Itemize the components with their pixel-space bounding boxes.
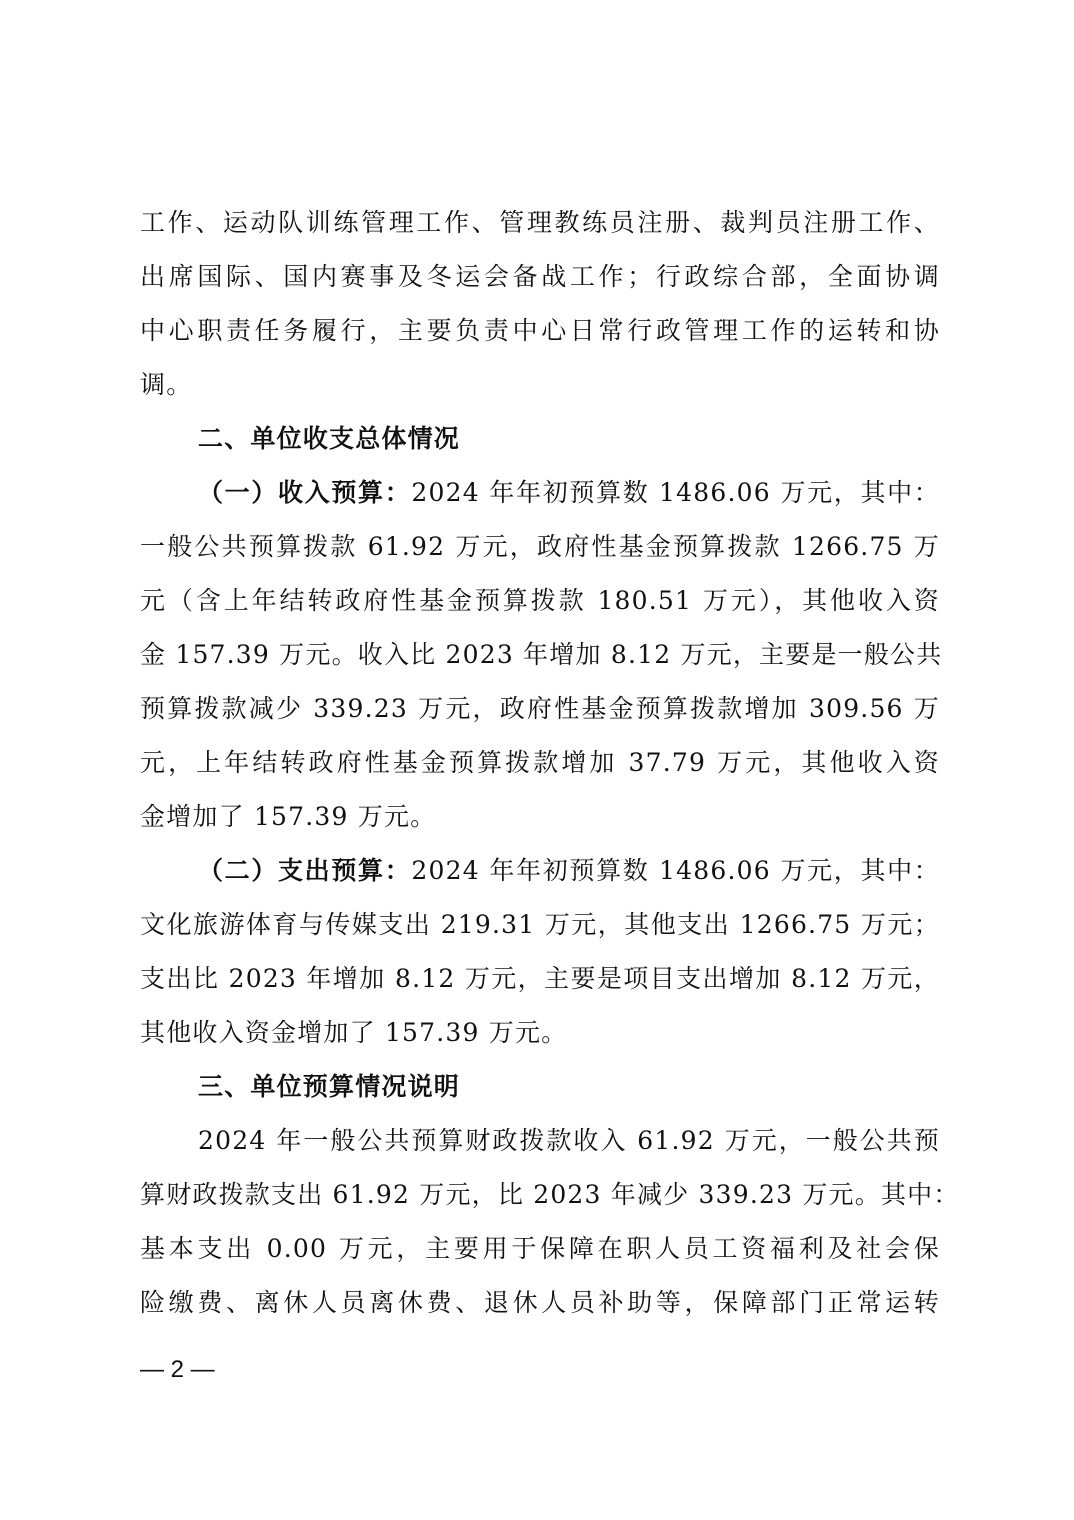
expense-budget-line: （二）支出预算：2024 年年初预算数 1486.06 万元，其中： [140,844,940,898]
body-text-line: 工作、运动队训练管理工作、管理教练员注册、裁判员注册工作、 [140,196,940,250]
body-text-line: 出席国际、国内赛事及冬运会备战工作；行政综合部，全面协调 [140,250,940,304]
page-number: — 2 — [140,1356,215,1384]
expense-budget-line: 其他收入资金增加了 157.39 万元。 [140,1006,940,1060]
income-budget-line: 金 157.39 万元。收入比 2023 年增加 8.12 万元，主要是一般公共 [140,628,940,682]
income-budget-line: 一般公共预算拨款 61.92 万元，政府性基金预算拨款 1266.75 万 [140,520,940,574]
income-budget-line: 元，上年结转政府性基金预算拨款增加 37.79 万元，其他收入资 [140,736,940,790]
section-heading-budget-explanation: 三、单位预算情况说明 [140,1060,940,1114]
income-budget-line: （一）收入预算：2024 年年初预算数 1486.06 万元，其中： [140,466,940,520]
document-page: 工作、运动队训练管理工作、管理教练员注册、裁判员注册工作、 出席国际、国内赛事及… [140,196,940,1330]
section-heading-income-expense: 二、单位收支总体情况 [140,412,940,466]
income-budget-lead: （一）收入预算： [198,478,411,507]
expense-budget-line: 支出比 2023 年增加 8.12 万元，主要是项目支出增加 8.12 万元， [140,952,940,1006]
expense-budget-line: 文化旅游体育与传媒支出 219.31 万元，其他支出 1266.75 万元； [140,898,940,952]
expense-budget-lead: （二）支出预算： [198,856,411,885]
income-budget-line: 金增加了 157.39 万元。 [140,790,940,844]
budget-explanation-line: 2024 年一般公共预算财政拨款收入 61.92 万元，一般公共预 [140,1114,940,1168]
income-budget-line: 预算拨款减少 339.23 万元，政府性基金预算拨款增加 309.56 万 [140,682,940,736]
income-budget-text: 2024 年年初预算数 1486.06 万元，其中： [411,478,940,507]
body-text-line: 中心职责任务履行，主要负责中心日常行政管理工作的运转和协 [140,304,940,358]
expense-budget-text: 2024 年年初预算数 1486.06 万元，其中： [411,856,940,885]
budget-explanation-line: 基本支出 0.00 万元，主要用于保障在职人员工资福利及社会保 [140,1222,940,1276]
budget-explanation-line: 险缴费、离休人员离休费、退休人员补助等，保障部门正常运转 [140,1276,940,1330]
income-budget-line: 元（含上年结转政府性基金预算拨款 180.51 万元），其他收入资 [140,574,940,628]
body-text-line: 调。 [140,358,940,412]
budget-explanation-line: 算财政拨款支出 61.92 万元，比 2023 年减少 339.23 万元。其中… [140,1168,940,1222]
